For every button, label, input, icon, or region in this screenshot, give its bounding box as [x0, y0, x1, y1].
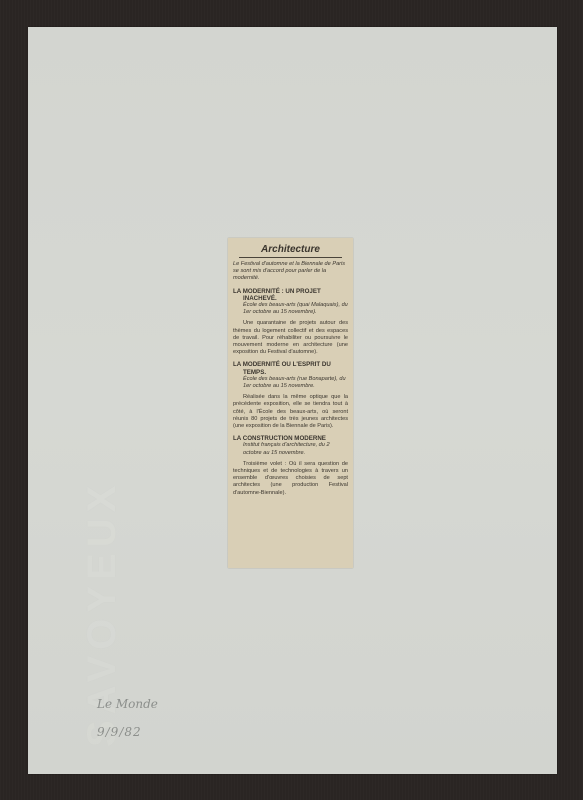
section-body: Troisième volet : Où il sera question de… — [233, 461, 348, 497]
clipping-title: Architecture — [239, 244, 342, 258]
section-heading-line: TEMPS. — [233, 369, 348, 376]
section-1: LA MODERNITÉ : UN PROJET INACHEVÉ. École… — [233, 288, 348, 357]
section-venue: École des beaux-arts (rue Bonaparte), du… — [233, 376, 348, 390]
embossed-watermark: SAVOYEUX — [80, 87, 140, 747]
section-body: Une quarantaine de projets autour des th… — [233, 320, 348, 356]
section-venue: École des beaux-arts (quai Malaquais), d… — [233, 302, 348, 316]
section-3: LA CONSTRUCTION MODERNE Institut françai… — [233, 435, 348, 497]
newspaper-clipping: Architecture Le Festival d'automne et la… — [228, 238, 353, 568]
section-heading-line: INACHEVÉ. — [233, 295, 348, 302]
section-heading: LA MODERNITÉ : UN PROJET INACHEVÉ. — [233, 288, 348, 302]
handwritten-source-note: Le Monde — [97, 697, 158, 711]
section-body: Réalisée dans la même optique que la pré… — [233, 394, 348, 430]
section-heading: LA CONSTRUCTION MODERNE — [233, 435, 348, 442]
clipping-lead: Le Festival d'automne et la Biennale de … — [233, 261, 348, 283]
section-heading-line: LA MODERNITÉ : UN PROJET — [233, 288, 321, 295]
section-venue: Institut français d'architecture, du 2 o… — [233, 442, 348, 456]
section-heading: LA MODERNITÉ OU L'ESPRIT DU TEMPS. — [233, 361, 348, 375]
section-heading-line: LA MODERNITÉ OU L'ESPRIT DU — [233, 361, 331, 368]
section-2: LA MODERNITÉ OU L'ESPRIT DU TEMPS. École… — [233, 361, 348, 430]
handwritten-date-note: 9/9/82 — [97, 725, 142, 739]
section-heading-line: LA CONSTRUCTION MODERNE — [233, 435, 326, 442]
